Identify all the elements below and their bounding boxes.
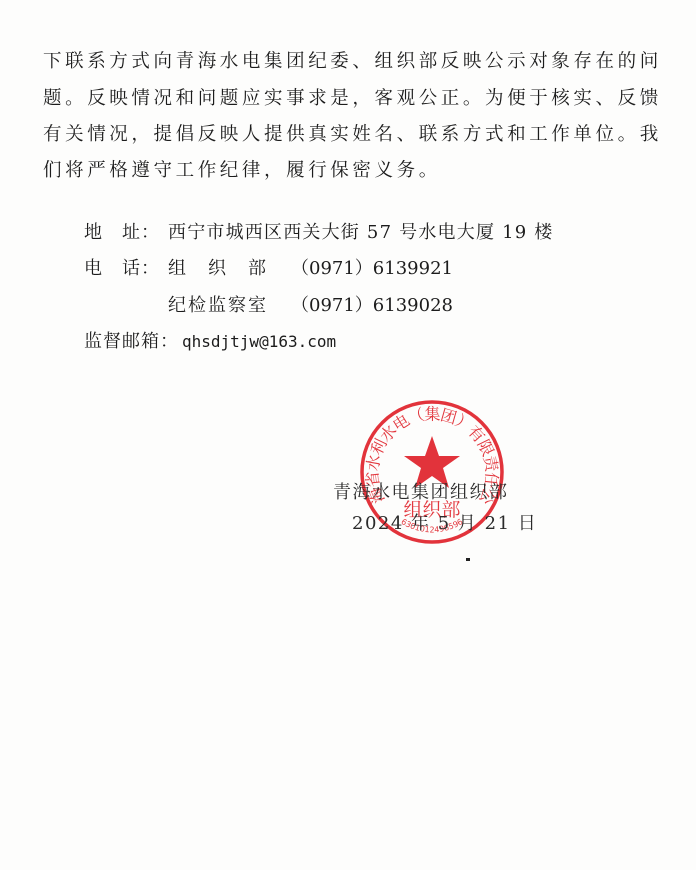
paragraph-line: 下联系方式向青海水电集团纪委、组织部反映公示对象存在的问	[43, 51, 662, 73]
paragraph-line: 题。反映情况和问题应实事求是，客观公正。为便于核实、反馈	[43, 88, 662, 110]
phone-number: （0971）6139921	[291, 258, 453, 280]
address-value: 西宁市城西区西关大街 57 号水电大厦 19 楼	[168, 222, 554, 244]
scan-speck	[466, 558, 470, 561]
paragraph-line: 有关情况，提倡反映人提供真实姓名、联系方式和工作单位。我	[43, 124, 662, 146]
signature-org: 青海水电集团组织部	[333, 478, 509, 504]
phone-label: 电 话：	[84, 258, 160, 280]
email-label: 监督邮箱：	[84, 331, 179, 353]
phone-dept: 组 织 部	[168, 258, 268, 280]
email-value: qhsdjtjw@163.com	[182, 331, 336, 353]
phone-number: （0971）6139028	[291, 295, 453, 317]
phone-dept: 纪检监察室	[168, 295, 268, 317]
address-label: 地 址：	[84, 222, 160, 244]
signature-date: 2024 年 5 月 21 日	[352, 509, 537, 535]
paragraph-line: 们将严格遵守工作纪律，履行保密义务。	[43, 160, 441, 182]
